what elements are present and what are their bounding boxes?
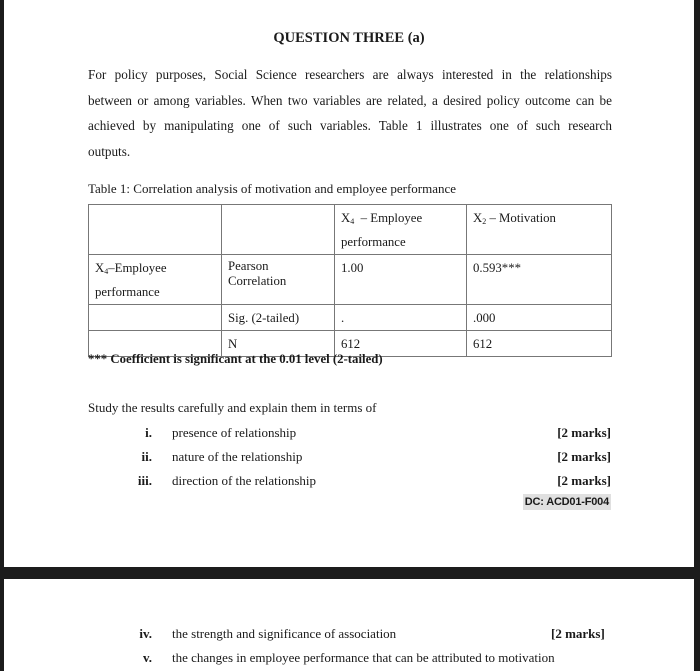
row-variable-label: X4–Employee performance bbox=[89, 255, 222, 305]
intro-line: outputs. bbox=[88, 139, 612, 165]
question-text: presence of relationship bbox=[172, 425, 296, 441]
value-x2: 0.593*** bbox=[467, 255, 612, 305]
document-code: DC: ACD01-F004 bbox=[523, 494, 611, 510]
question-marks: [2 marks] bbox=[557, 473, 611, 489]
empty-header-cell bbox=[222, 205, 335, 255]
empty-header-cell bbox=[89, 205, 222, 255]
table-header-row: X4 – Employee performance X2 – Motivatio… bbox=[89, 205, 612, 255]
question-number: i. bbox=[102, 425, 152, 441]
value-x4: . bbox=[335, 305, 467, 331]
question-number: iv. bbox=[102, 626, 152, 642]
table-row: Sig. (2-tailed) . .000 bbox=[89, 305, 612, 331]
question-marks: [2 marks] bbox=[551, 626, 605, 642]
empty-cell bbox=[89, 305, 222, 331]
stat-label: Pearson Correlation bbox=[222, 255, 335, 305]
instructions: Study the results carefully and explain … bbox=[88, 400, 376, 416]
correlation-table: X4 – Employee performance X2 – Motivatio… bbox=[88, 204, 612, 357]
question-item: v. the changes in employee performance t… bbox=[4, 650, 694, 671]
intro-line: between or among variables. When two var… bbox=[88, 88, 612, 114]
question-title: QUESTION THREE (a) bbox=[4, 30, 694, 47]
header-motivation: X2 – Motivation bbox=[467, 205, 612, 255]
question-number: v. bbox=[102, 650, 152, 666]
question-marks: [2 marks] bbox=[557, 449, 611, 465]
table-caption: Table 1: Correlation analysis of motivat… bbox=[88, 181, 456, 197]
question-item: ii. nature of the relationship [2 marks] bbox=[4, 449, 694, 473]
document-page-1: QUESTION THREE (a) For policy purposes, … bbox=[4, 0, 694, 567]
header-employee-performance: X4 – Employee performance bbox=[335, 205, 467, 255]
question-number: iii. bbox=[102, 473, 152, 489]
question-text: the changes in employee performance that… bbox=[172, 650, 555, 666]
question-text: direction of the relationship bbox=[172, 473, 316, 489]
question-marks: [2 marks] bbox=[557, 425, 611, 441]
value-x2: 612 bbox=[467, 331, 612, 357]
table-row: X4–Employee performance Pearson Correlat… bbox=[89, 255, 612, 305]
question-item: iv. the strength and significance of ass… bbox=[4, 626, 694, 650]
intro-line: achieved by manipulating one of such var… bbox=[88, 113, 612, 139]
value-x4: 1.00 bbox=[335, 255, 467, 305]
question-text: nature of the relationship bbox=[172, 449, 302, 465]
table-footnote: *** Coefficient is significant at the 0.… bbox=[88, 352, 383, 367]
question-item: i. presence of relationship [2 marks] bbox=[4, 425, 694, 449]
value-x2: .000 bbox=[467, 305, 612, 331]
stat-label: Sig. (2-tailed) bbox=[222, 305, 335, 331]
question-text: the strength and significance of associa… bbox=[172, 626, 396, 642]
intro-line: For policy purposes, Social Science rese… bbox=[88, 62, 612, 88]
intro-paragraph: For policy purposes, Social Science rese… bbox=[88, 62, 612, 164]
document-page-2: iv. the strength and significance of ass… bbox=[4, 579, 694, 671]
question-number: ii. bbox=[102, 449, 152, 465]
